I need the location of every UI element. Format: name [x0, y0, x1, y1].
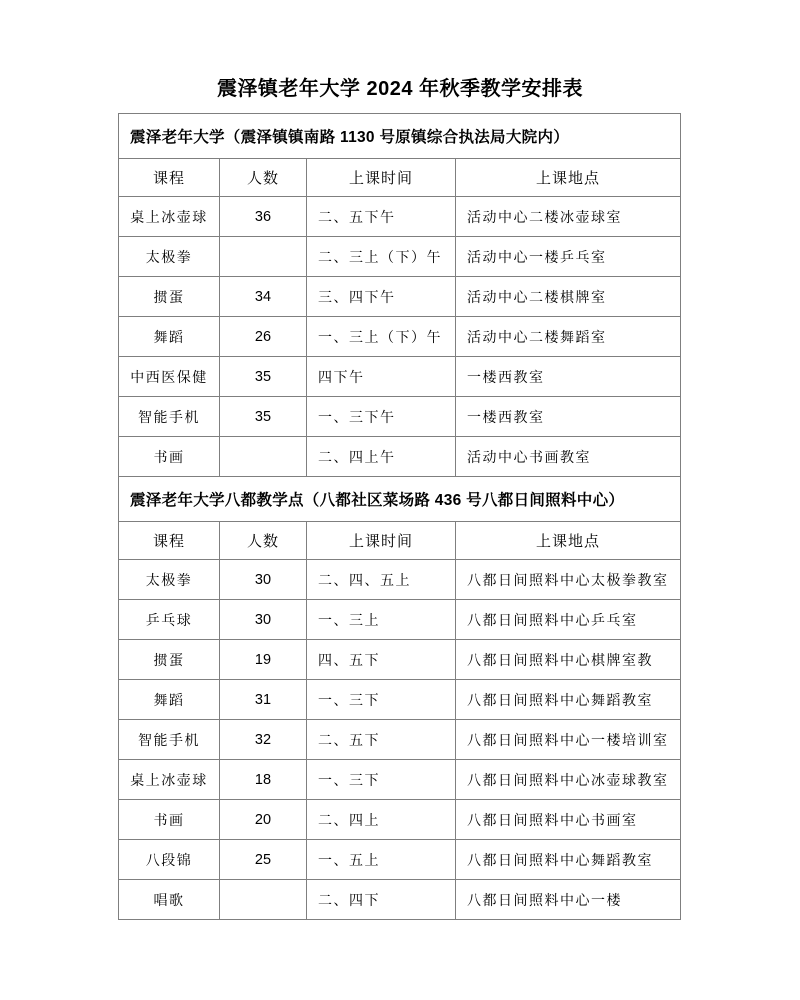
cell-count: 20 [220, 800, 307, 840]
table-row: 书画20二、四上八都日间照料中心书画室 [119, 800, 681, 840]
column-header-location: 上课地点 [456, 522, 681, 560]
cell-course: 舞蹈 [119, 680, 220, 720]
cell-course: 智能手机 [119, 720, 220, 760]
cell-time: 四下午 [307, 357, 456, 397]
section-header: 震泽老年大学（震泽镇镇南路 1130 号原镇综合执法局大院内） [119, 114, 681, 159]
table-row: 智能手机32二、五下八都日间照料中心一楼培训室 [119, 720, 681, 760]
section-row: 震泽老年大学（震泽镇镇南路 1130 号原镇综合执法局大院内） [119, 114, 681, 159]
cell-location: 活动中心二楼棋牌室 [456, 277, 681, 317]
cell-location: 八都日间照料中心乒乓室 [456, 600, 681, 640]
cell-time: 一、三下 [307, 760, 456, 800]
cell-course: 掼蛋 [119, 640, 220, 680]
column-header-row: 课程人数上课时间上课地点 [119, 522, 681, 560]
cell-location: 八都日间照料中心舞蹈教室 [456, 680, 681, 720]
cell-location: 活动中心一楼乒乓室 [456, 237, 681, 277]
cell-time: 二、四、五上 [307, 560, 456, 600]
cell-location: 活动中心二楼冰壶球室 [456, 197, 681, 237]
cell-count [220, 237, 307, 277]
cell-course: 中西医保健 [119, 357, 220, 397]
cell-location: 一楼西教室 [456, 357, 681, 397]
cell-count: 19 [220, 640, 307, 680]
cell-time: 二、四上 [307, 800, 456, 840]
cell-course: 桌上冰壶球 [119, 197, 220, 237]
cell-count: 36 [220, 197, 307, 237]
cell-time: 二、五下 [307, 720, 456, 760]
table-row: 太极拳30二、四、五上八都日间照料中心太极拳教室 [119, 560, 681, 600]
table-row: 太极拳二、三上（下）午活动中心一楼乒乓室 [119, 237, 681, 277]
cell-count: 30 [220, 560, 307, 600]
cell-course: 乒乓球 [119, 600, 220, 640]
column-header-time: 上课时间 [307, 159, 456, 197]
column-header-row: 课程人数上课时间上课地点 [119, 159, 681, 197]
table-row: 书画二、四上午活动中心书画教室 [119, 437, 681, 477]
table-row: 舞蹈26一、三上（下）午活动中心二楼舞蹈室 [119, 317, 681, 357]
cell-course: 八段锦 [119, 840, 220, 880]
cell-time: 一、三下午 [307, 397, 456, 437]
cell-count [220, 880, 307, 920]
table-row: 桌上冰壶球18一、三下八都日间照料中心冰壶球教室 [119, 760, 681, 800]
column-header-count: 人数 [220, 159, 307, 197]
cell-count: 26 [220, 317, 307, 357]
cell-time: 三、四下午 [307, 277, 456, 317]
column-header-count: 人数 [220, 522, 307, 560]
cell-location: 八都日间照料中心太极拳教室 [456, 560, 681, 600]
table-row: 唱歌二、四下八都日间照料中心一楼 [119, 880, 681, 920]
cell-time: 一、五上 [307, 840, 456, 880]
cell-time: 二、四上午 [307, 437, 456, 477]
cell-time: 一、三上（下）午 [307, 317, 456, 357]
column-header-time: 上课时间 [307, 522, 456, 560]
cell-course: 桌上冰壶球 [119, 760, 220, 800]
cell-location: 八都日间照料中心书画室 [456, 800, 681, 840]
cell-time: 一、三上 [307, 600, 456, 640]
column-header-course: 课程 [119, 522, 220, 560]
cell-time: 一、三下 [307, 680, 456, 720]
cell-count: 25 [220, 840, 307, 880]
cell-count: 32 [220, 720, 307, 760]
cell-time: 二、五下午 [307, 197, 456, 237]
table-row: 掼蛋34三、四下午活动中心二楼棋牌室 [119, 277, 681, 317]
table-row: 智能手机35一、三下午一楼西教室 [119, 397, 681, 437]
cell-course: 唱歌 [119, 880, 220, 920]
table-row: 舞蹈31一、三下八都日间照料中心舞蹈教室 [119, 680, 681, 720]
cell-course: 书画 [119, 437, 220, 477]
document-page: 震泽镇老年大学 2024 年秋季教学安排表 震泽老年大学（震泽镇镇南路 1130… [0, 0, 800, 1000]
cell-location: 一楼西教室 [456, 397, 681, 437]
cell-course: 太极拳 [119, 237, 220, 277]
cell-count: 35 [220, 357, 307, 397]
table-row: 乒乓球30一、三上八都日间照料中心乒乓室 [119, 600, 681, 640]
cell-location: 八都日间照料中心一楼培训室 [456, 720, 681, 760]
table-row: 中西医保健35四下午一楼西教室 [119, 357, 681, 397]
cell-course: 舞蹈 [119, 317, 220, 357]
cell-time: 二、四下 [307, 880, 456, 920]
section-header: 震泽老年大学八都教学点（八都社区菜场路 436 号八都日间照料中心） [119, 477, 681, 522]
table-row: 八段锦25一、五上八都日间照料中心舞蹈教室 [119, 840, 681, 880]
table-row: 掼蛋19四、五下八都日间照料中心棋牌室教 [119, 640, 681, 680]
section-row: 震泽老年大学八都教学点（八都社区菜场路 436 号八都日间照料中心） [119, 477, 681, 522]
cell-count [220, 437, 307, 477]
cell-count: 18 [220, 760, 307, 800]
cell-course: 太极拳 [119, 560, 220, 600]
cell-location: 八都日间照料中心一楼 [456, 880, 681, 920]
cell-count: 35 [220, 397, 307, 437]
cell-count: 34 [220, 277, 307, 317]
cell-time: 二、三上（下）午 [307, 237, 456, 277]
cell-location: 活动中心书画教室 [456, 437, 681, 477]
column-header-location: 上课地点 [456, 159, 681, 197]
cell-course: 智能手机 [119, 397, 220, 437]
cell-location: 八都日间照料中心冰壶球教室 [456, 760, 681, 800]
cell-location: 活动中心二楼舞蹈室 [456, 317, 681, 357]
cell-course: 书画 [119, 800, 220, 840]
cell-count: 30 [220, 600, 307, 640]
cell-course: 掼蛋 [119, 277, 220, 317]
cell-location: 八都日间照料中心棋牌室教 [456, 640, 681, 680]
cell-time: 四、五下 [307, 640, 456, 680]
table-row: 桌上冰壶球36二、五下午活动中心二楼冰壶球室 [119, 197, 681, 237]
column-header-course: 课程 [119, 159, 220, 197]
schedule-table: 震泽老年大学（震泽镇镇南路 1130 号原镇综合执法局大院内）课程人数上课时间上… [118, 113, 681, 920]
page-title: 震泽镇老年大学 2024 年秋季教学安排表 [0, 72, 800, 101]
cell-location: 八都日间照料中心舞蹈教室 [456, 840, 681, 880]
cell-count: 31 [220, 680, 307, 720]
